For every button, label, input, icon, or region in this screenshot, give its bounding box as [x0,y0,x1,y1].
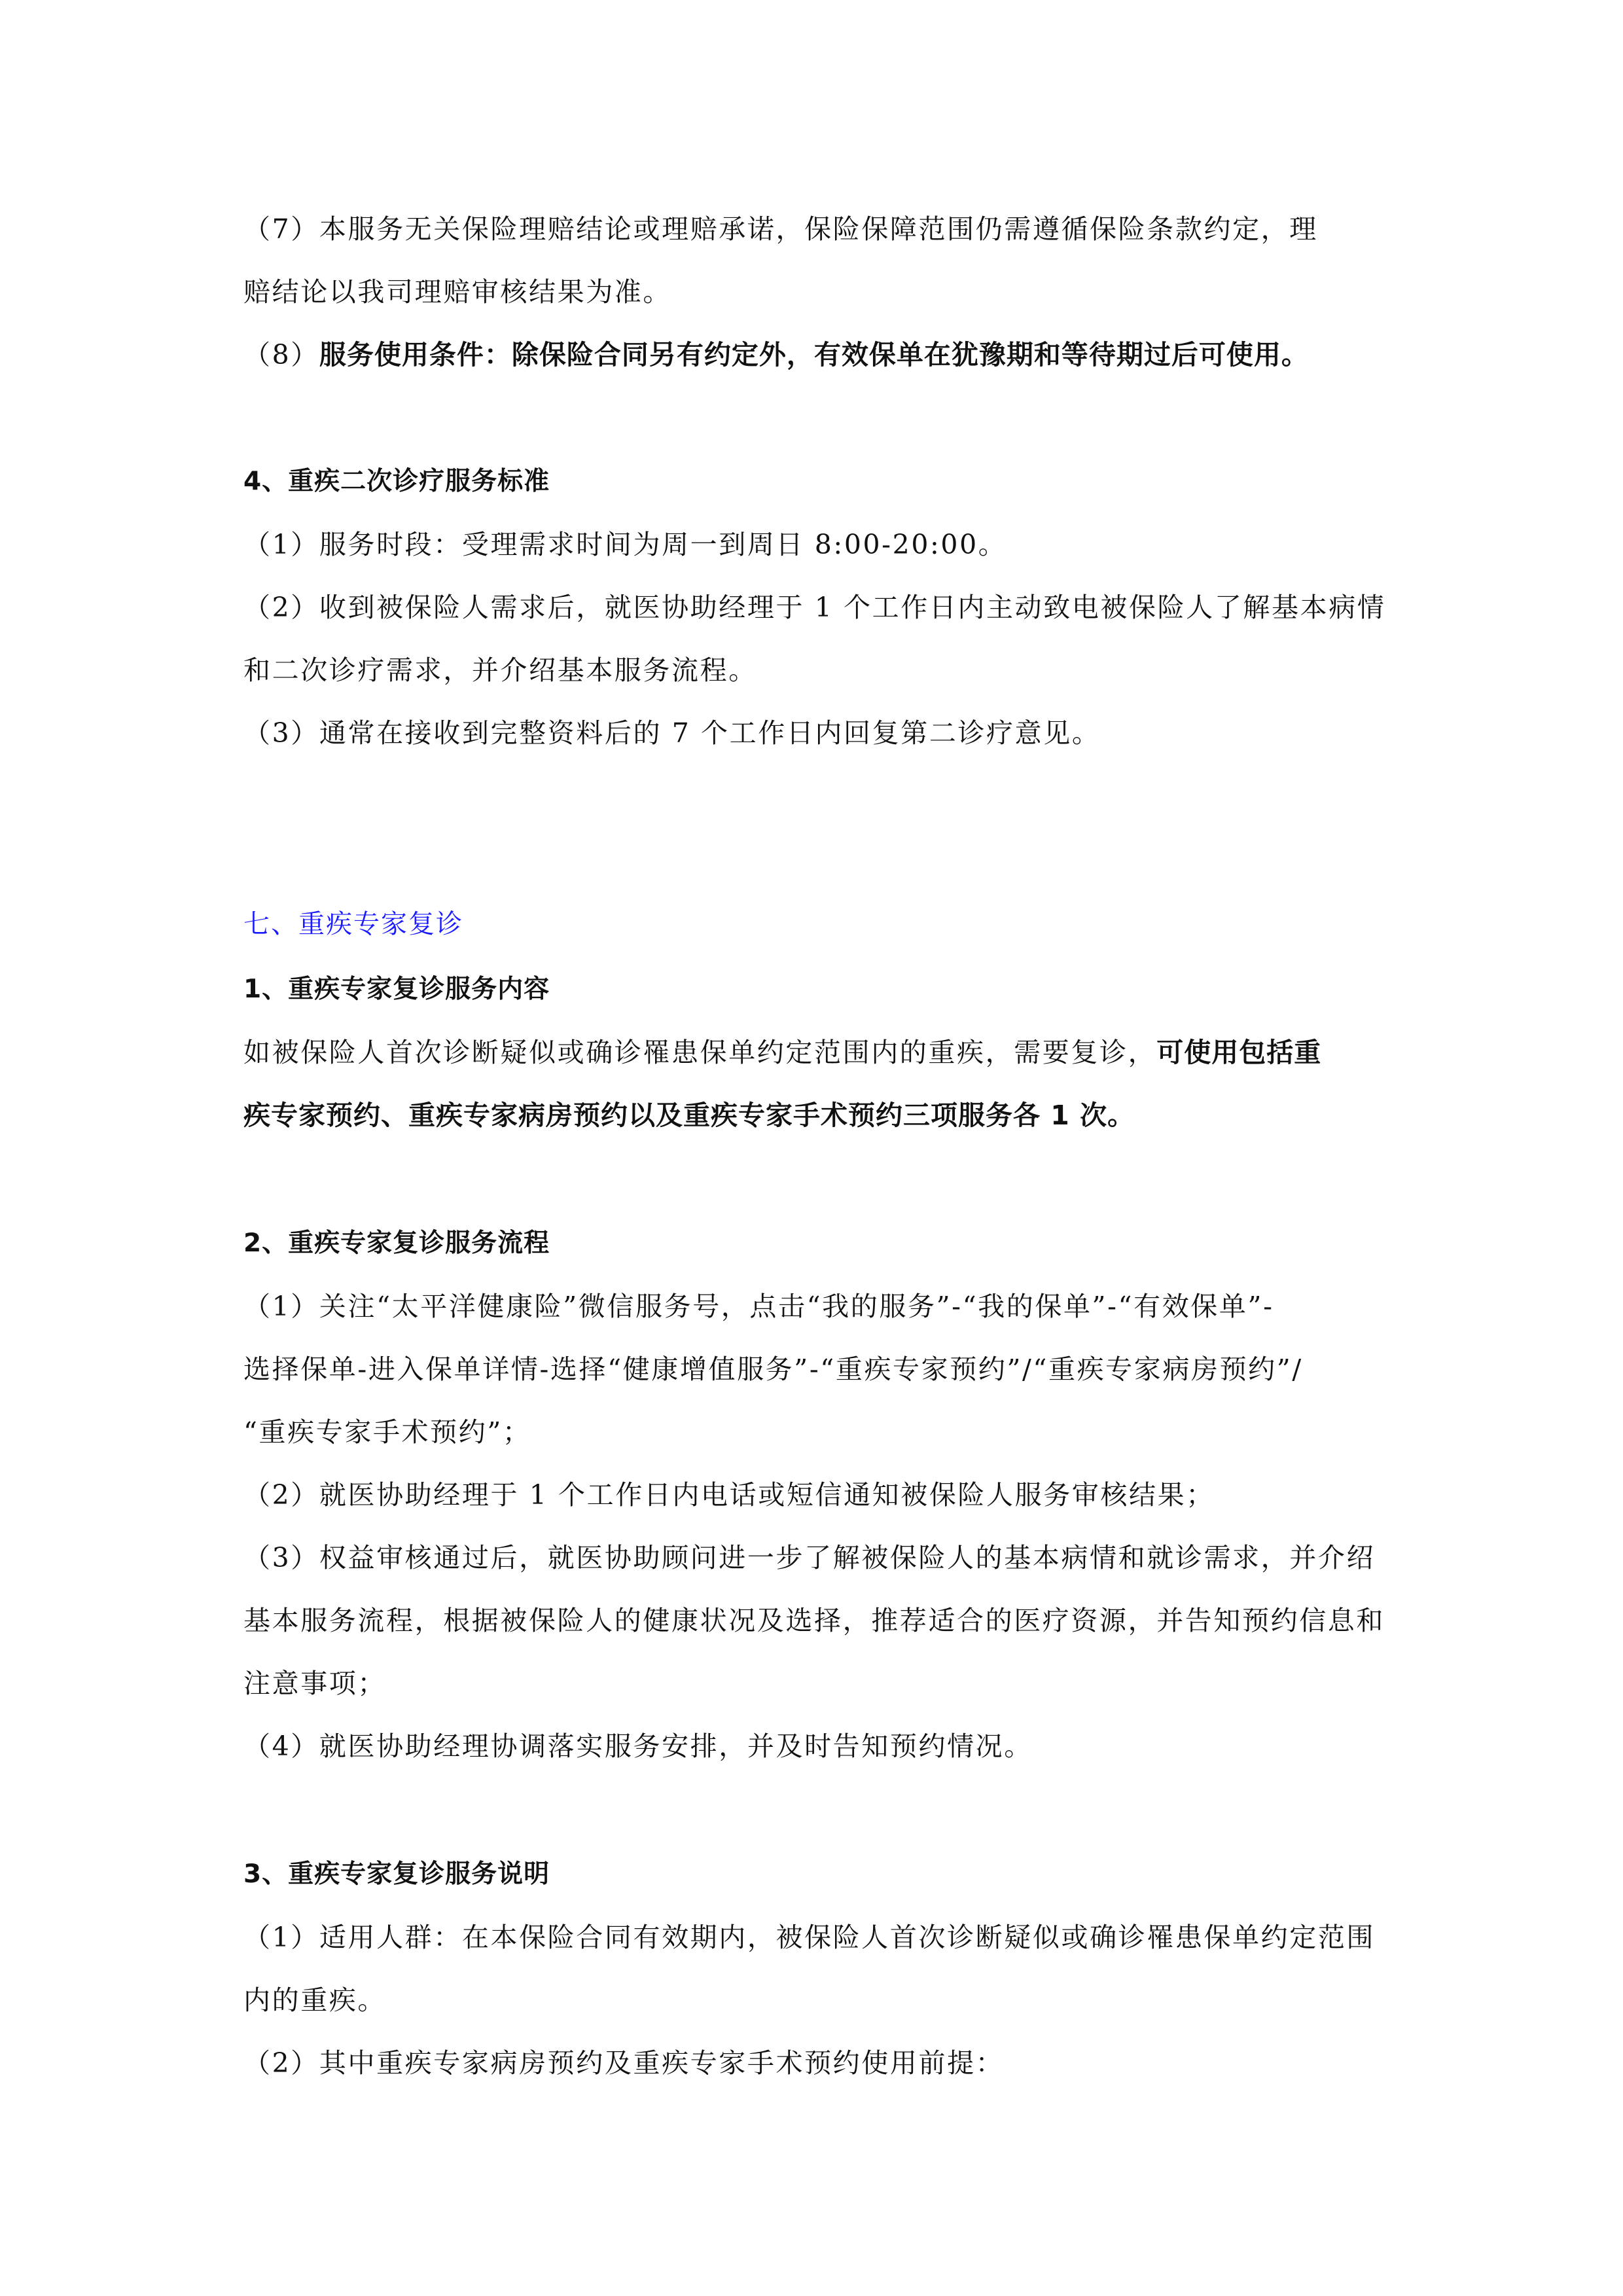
item-7-line-2: 赔结论以我司理赔审核结果为准。 [243,274,671,310]
sub3-line: （1）适用人群：在本保险合同有效期内，被保险人首次诊断疑似或确诊罹患保单约定范围 [243,1919,1375,1956]
item-7-line-1: （7）本服务无关保险理赔结论或理赔承诺，保险保障范围仍需遵循保险条款约定，理 [243,211,1318,247]
sub2-line: “重疾专家手术预约”； [243,1414,531,1450]
item-8-prefix: （8） [243,339,319,370]
sub1-line-1: 如被保险人首次诊断疑似或确诊罹患保单约定范围内的重疾，需要复诊，可使用包括重 [243,1034,1321,1071]
sub2-line: 基本服务流程，根据被保险人的健康状况及选择，推荐适合的医疗资源，并告知预约信息和 [243,1602,1385,1639]
subheading-1: 1、重疾专家复诊服务内容 [243,971,550,1008]
sub1-line-1-normal: 如被保险人首次诊断疑似或确诊罹患保单约定范围内的重疾，需要复诊， [243,1037,1156,1068]
item-8: （8）服务使用条件：除保险合同另有约定外，有效保单在犹豫期和等待期过后可使用。 [243,336,1309,373]
sub3-line: 内的重疾。 [243,1982,386,2018]
item-8-bold-text: 服务使用条件：除保险合同另有约定外，有效保单在犹豫期和等待期过后可使用。 [319,339,1309,370]
sub2-line: （4）就医协助经理协调落实服务安排，并及时告知预约情况。 [243,1728,1033,1765]
sub3-line: （2）其中重疾专家病房预约及重疾专家手术预约使用前提： [243,2045,1004,2081]
sub1-line-2: 疾专家预约、重疾专家病房预约以及重疾专家手术预约三项服务各 1 次。 [243,1097,1135,1134]
subheading-4: 4、重疾二次诊疗服务标准 [243,463,550,500]
subheading-3: 3、重疾专家复诊服务说明 [243,1856,550,1893]
sub1-line-1-bold: 可使用包括重 [1156,1037,1321,1068]
subheading-2: 2、重疾专家复诊服务流程 [243,1225,550,1262]
sub2-line: （3）权益审核通过后，就医协助顾问进一步了解被保险人的基本病情和就诊需求，并介绍 [243,1539,1375,1576]
sub4-item-2-line-2: 和二次诊疗需求，并介绍基本服务流程。 [243,652,757,689]
sub2-line: （2）就医协助经理于 1 个工作日内电话或短信通知被保险人服务审核结果； [243,1477,1215,1513]
sub4-item-2-line-1: （2）收到被保险人需求后，就医协助经理于 1 个工作日内主动致电被保险人了解基本… [243,589,1385,626]
sub2-line: 注意事项； [243,1665,386,1702]
sub4-item-1: （1）服务时段：受理需求时间为周一到周日 8:00-20:00。 [243,526,1007,563]
sub4-item-3: （3）通常在接收到完整资料后的 7 个工作日内回复第二诊疗意见。 [243,715,1100,751]
section-heading-7: 七、重疾专家复诊 [243,906,463,942]
sub2-line: 选择保单-进入保单详情-选择“健康增值服务”-“重疾专家预约”/“重疾专家病房预… [243,1351,1303,1388]
sub2-line: （1）关注“太平洋健康险”微信服务号，点击“我的服务”-“我的保单”-“有效保单… [243,1288,1274,1325]
